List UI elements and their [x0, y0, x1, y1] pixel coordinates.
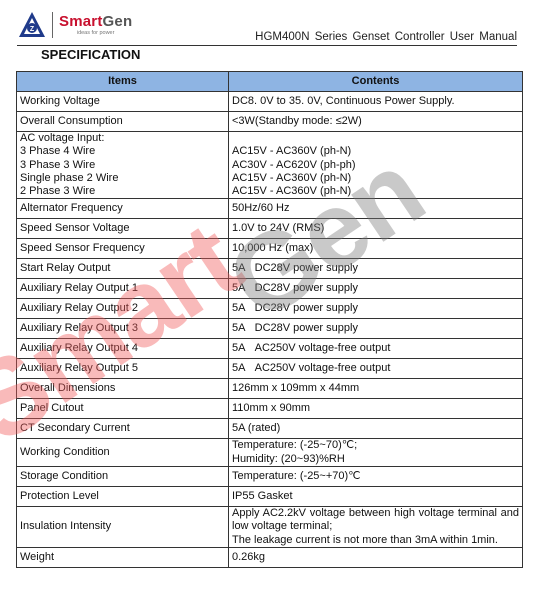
- content-text: Temperature: (-25~+70)℃: [232, 470, 519, 483]
- item-cell: Alternator Frequency: [17, 199, 229, 219]
- table-row: Overall Dimensions126mm x 109mm x 44mm: [17, 379, 523, 399]
- content-cell: 110mm x 90mm: [229, 399, 523, 419]
- content-cell: AC15V - AC360V (ph-N)AC30V - AC620V (ph-…: [229, 132, 523, 199]
- table-row: Panel Cutout110mm x 90mm: [17, 399, 523, 419]
- section-title: SPECIFICATION: [41, 47, 140, 62]
- content-text: 5A AC250V voltage-free output: [232, 362, 519, 375]
- content-text: Humidity: (20~93)%RH: [232, 453, 519, 466]
- table-row: Insulation IntensityApply AC2.2kV voltag…: [17, 507, 523, 548]
- smartgen-logo: Z SmartGen ideas for power: [18, 10, 132, 40]
- content-cell: 126mm x 109mm x 44mm: [229, 379, 523, 399]
- content-text: 5A DC28V power supply: [232, 282, 519, 295]
- item-text: Auxiliary Relay Output 5: [20, 362, 225, 375]
- content-text: 10,000 Hz (max): [232, 242, 519, 255]
- content-cell: 5A DC28V power supply: [229, 279, 523, 299]
- content-text: AC15V - AC360V (ph-N): [232, 145, 519, 158]
- content-text: 110mm x 90mm: [232, 402, 519, 415]
- content-text: 5A (rated): [232, 422, 519, 435]
- content-text: AC30V - AC620V (ph-ph): [232, 159, 519, 172]
- item-text: Speed Sensor Voltage: [20, 222, 225, 235]
- item-text: Auxiliary Relay Output 1: [20, 282, 225, 295]
- smartgen-triangle-logo-icon: Z: [18, 11, 46, 39]
- item-text: Protection Level: [20, 490, 225, 503]
- item-text: 2 Phase 3 Wire: [20, 185, 225, 198]
- item-cell: Auxiliary Relay Output 4: [17, 339, 229, 359]
- item-text: Working Voltage: [20, 95, 225, 108]
- table-row: Auxiliary Relay Output 15A DC28V power s…: [17, 279, 523, 299]
- table-row: AC voltage Input:3 Phase 4 Wire3 Phase 3…: [17, 132, 523, 199]
- item-text: Single phase 2 Wire: [20, 172, 225, 185]
- content-text: 50Hz/60 Hz: [232, 202, 519, 215]
- item-cell: Auxiliary Relay Output 3: [17, 319, 229, 339]
- item-text: Auxiliary Relay Output 2: [20, 302, 225, 315]
- item-text: Auxiliary Relay Output 4: [20, 342, 225, 355]
- table-row: Alternator Frequency50Hz/60 Hz: [17, 199, 523, 219]
- content-cell: DC8. 0V to 35. 0V, Continuous Power Supp…: [229, 92, 523, 112]
- header-divider: [17, 45, 517, 46]
- content-text: 5A AC250V voltage-free output: [232, 342, 519, 355]
- page-header: Z SmartGen ideas for power HGM400N Serie…: [0, 0, 539, 46]
- table-row: Working VoltageDC8. 0V to 35. 0V, Contin…: [17, 92, 523, 112]
- item-text: Weight: [20, 551, 225, 564]
- table-row: Auxiliary Relay Output 35A DC28V power s…: [17, 319, 523, 339]
- specification-table: Items Contents Working VoltageDC8. 0V to…: [16, 71, 523, 568]
- item-text: Alternator Frequency: [20, 202, 225, 215]
- content-cell: 5A DC28V power supply: [229, 299, 523, 319]
- content-text: 0.26kg: [232, 551, 519, 564]
- table-header-row: Items Contents: [17, 72, 523, 92]
- table-row: Storage ConditionTemperature: (-25~+70)℃: [17, 467, 523, 487]
- item-text: Storage Condition: [20, 470, 225, 483]
- content-cell: <3W(Standby mode: ≤2W): [229, 112, 523, 132]
- item-text: Start Relay Output: [20, 262, 225, 275]
- column-header-contents: Contents: [229, 72, 523, 92]
- table-row: Overall Consumption<3W(Standby mode: ≤2W…: [17, 112, 523, 132]
- item-cell: Working Voltage: [17, 92, 229, 112]
- table-row: Start Relay Output5A DC28V power supply: [17, 259, 523, 279]
- content-cell: Apply AC2.2kV voltage between high volta…: [229, 507, 523, 548]
- content-text: Temperature: (-25~70)℃;: [232, 439, 519, 452]
- table-row: Protection LevelIP55 Gasket: [17, 487, 523, 507]
- content-text: 5A DC28V power supply: [232, 302, 519, 315]
- content-cell: 5A AC250V voltage-free output: [229, 339, 523, 359]
- item-text: Overall Consumption: [20, 115, 225, 128]
- content-text: 5A DC28V power supply: [232, 262, 519, 275]
- item-cell: AC voltage Input:3 Phase 4 Wire3 Phase 3…: [17, 132, 229, 199]
- item-cell: Panel Cutout: [17, 399, 229, 419]
- table-row: Speed Sensor Voltage1.0V to 24V (RMS): [17, 219, 523, 239]
- logo-text: SmartGen ideas for power: [59, 14, 132, 37]
- item-cell: Overall Consumption: [17, 112, 229, 132]
- item-text: 3 Phase 3 Wire: [20, 159, 225, 172]
- item-cell: Auxiliary Relay Output 2: [17, 299, 229, 319]
- manual-title: HGM400N Series Genset Controller User Ma…: [255, 31, 517, 43]
- brand-name: SmartGen: [59, 14, 132, 29]
- item-cell: Storage Condition: [17, 467, 229, 487]
- item-text: Auxiliary Relay Output 3: [20, 322, 225, 335]
- column-header-items: Items: [17, 72, 229, 92]
- item-cell: Weight: [17, 547, 229, 567]
- item-cell: Working Condition: [17, 439, 229, 467]
- content-text: 5A DC28V power supply: [232, 322, 519, 335]
- svg-text:Z: Z: [30, 26, 35, 33]
- content-cell: 5A (rated): [229, 419, 523, 439]
- item-cell: Speed Sensor Voltage: [17, 219, 229, 239]
- content-text: 126mm x 109mm x 44mm: [232, 382, 519, 395]
- table-row: Weight0.26kg: [17, 547, 523, 567]
- logo-divider: [52, 12, 53, 38]
- item-text: AC voltage Input:: [20, 132, 225, 145]
- content-text: <3W(Standby mode: ≤2W): [232, 115, 519, 128]
- content-text: The leakage current is not more than 3mA…: [232, 534, 519, 547]
- table-body: Working VoltageDC8. 0V to 35. 0V, Contin…: [17, 92, 523, 568]
- item-text: Speed Sensor Frequency: [20, 242, 225, 255]
- item-cell: Auxiliary Relay Output 1: [17, 279, 229, 299]
- content-cell: 1.0V to 24V (RMS): [229, 219, 523, 239]
- content-cell: IP55 Gasket: [229, 487, 523, 507]
- content-text: AC15V - AC360V (ph-N): [232, 185, 519, 198]
- item-cell: Speed Sensor Frequency: [17, 239, 229, 259]
- brand-tagline: ideas for power: [77, 31, 115, 37]
- table-row: Auxiliary Relay Output 25A DC28V power s…: [17, 299, 523, 319]
- item-cell: Auxiliary Relay Output 5: [17, 359, 229, 379]
- table-row: Working ConditionTemperature: (-25~70)℃;…: [17, 439, 523, 467]
- content-cell: Temperature: (-25~70)℃;Humidity: (20~93)…: [229, 439, 523, 467]
- content-text: IP55 Gasket: [232, 490, 519, 503]
- item-cell: Protection Level: [17, 487, 229, 507]
- content-cell: 5A DC28V power supply: [229, 259, 523, 279]
- item-text: Overall Dimensions: [20, 382, 225, 395]
- item-text: CT Secondary Current: [20, 422, 225, 435]
- table-row: Speed Sensor Frequency10,000 Hz (max): [17, 239, 523, 259]
- content-cell: 5A AC250V voltage-free output: [229, 359, 523, 379]
- content-text: DC8. 0V to 35. 0V, Continuous Power Supp…: [232, 95, 519, 108]
- content-text: Apply AC2.2kV voltage between high volta…: [232, 507, 519, 534]
- content-cell: 0.26kg: [229, 547, 523, 567]
- item-cell: Start Relay Output: [17, 259, 229, 279]
- item-text: Working Condition: [20, 446, 225, 459]
- content-text: 1.0V to 24V (RMS): [232, 222, 519, 235]
- table-row: CT Secondary Current5A (rated): [17, 419, 523, 439]
- table-row: Auxiliary Relay Output 45A AC250V voltag…: [17, 339, 523, 359]
- brand-part-gen: Gen: [103, 13, 133, 30]
- item-text: 3 Phase 4 Wire: [20, 145, 225, 158]
- table-row: Auxiliary Relay Output 55A AC250V voltag…: [17, 359, 523, 379]
- content-text: AC15V - AC360V (ph-N): [232, 172, 519, 185]
- content-cell: 50Hz/60 Hz: [229, 199, 523, 219]
- content-cell: 5A DC28V power supply: [229, 319, 523, 339]
- item-text: Panel Cutout: [20, 402, 225, 415]
- item-cell: CT Secondary Current: [17, 419, 229, 439]
- item-cell: Overall Dimensions: [17, 379, 229, 399]
- content-text: [232, 132, 519, 145]
- content-cell: 10,000 Hz (max): [229, 239, 523, 259]
- item-cell: Insulation Intensity: [17, 507, 229, 548]
- brand-part-smart: Smart: [59, 13, 103, 30]
- item-text: Insulation Intensity: [20, 520, 225, 533]
- content-cell: Temperature: (-25~+70)℃: [229, 467, 523, 487]
